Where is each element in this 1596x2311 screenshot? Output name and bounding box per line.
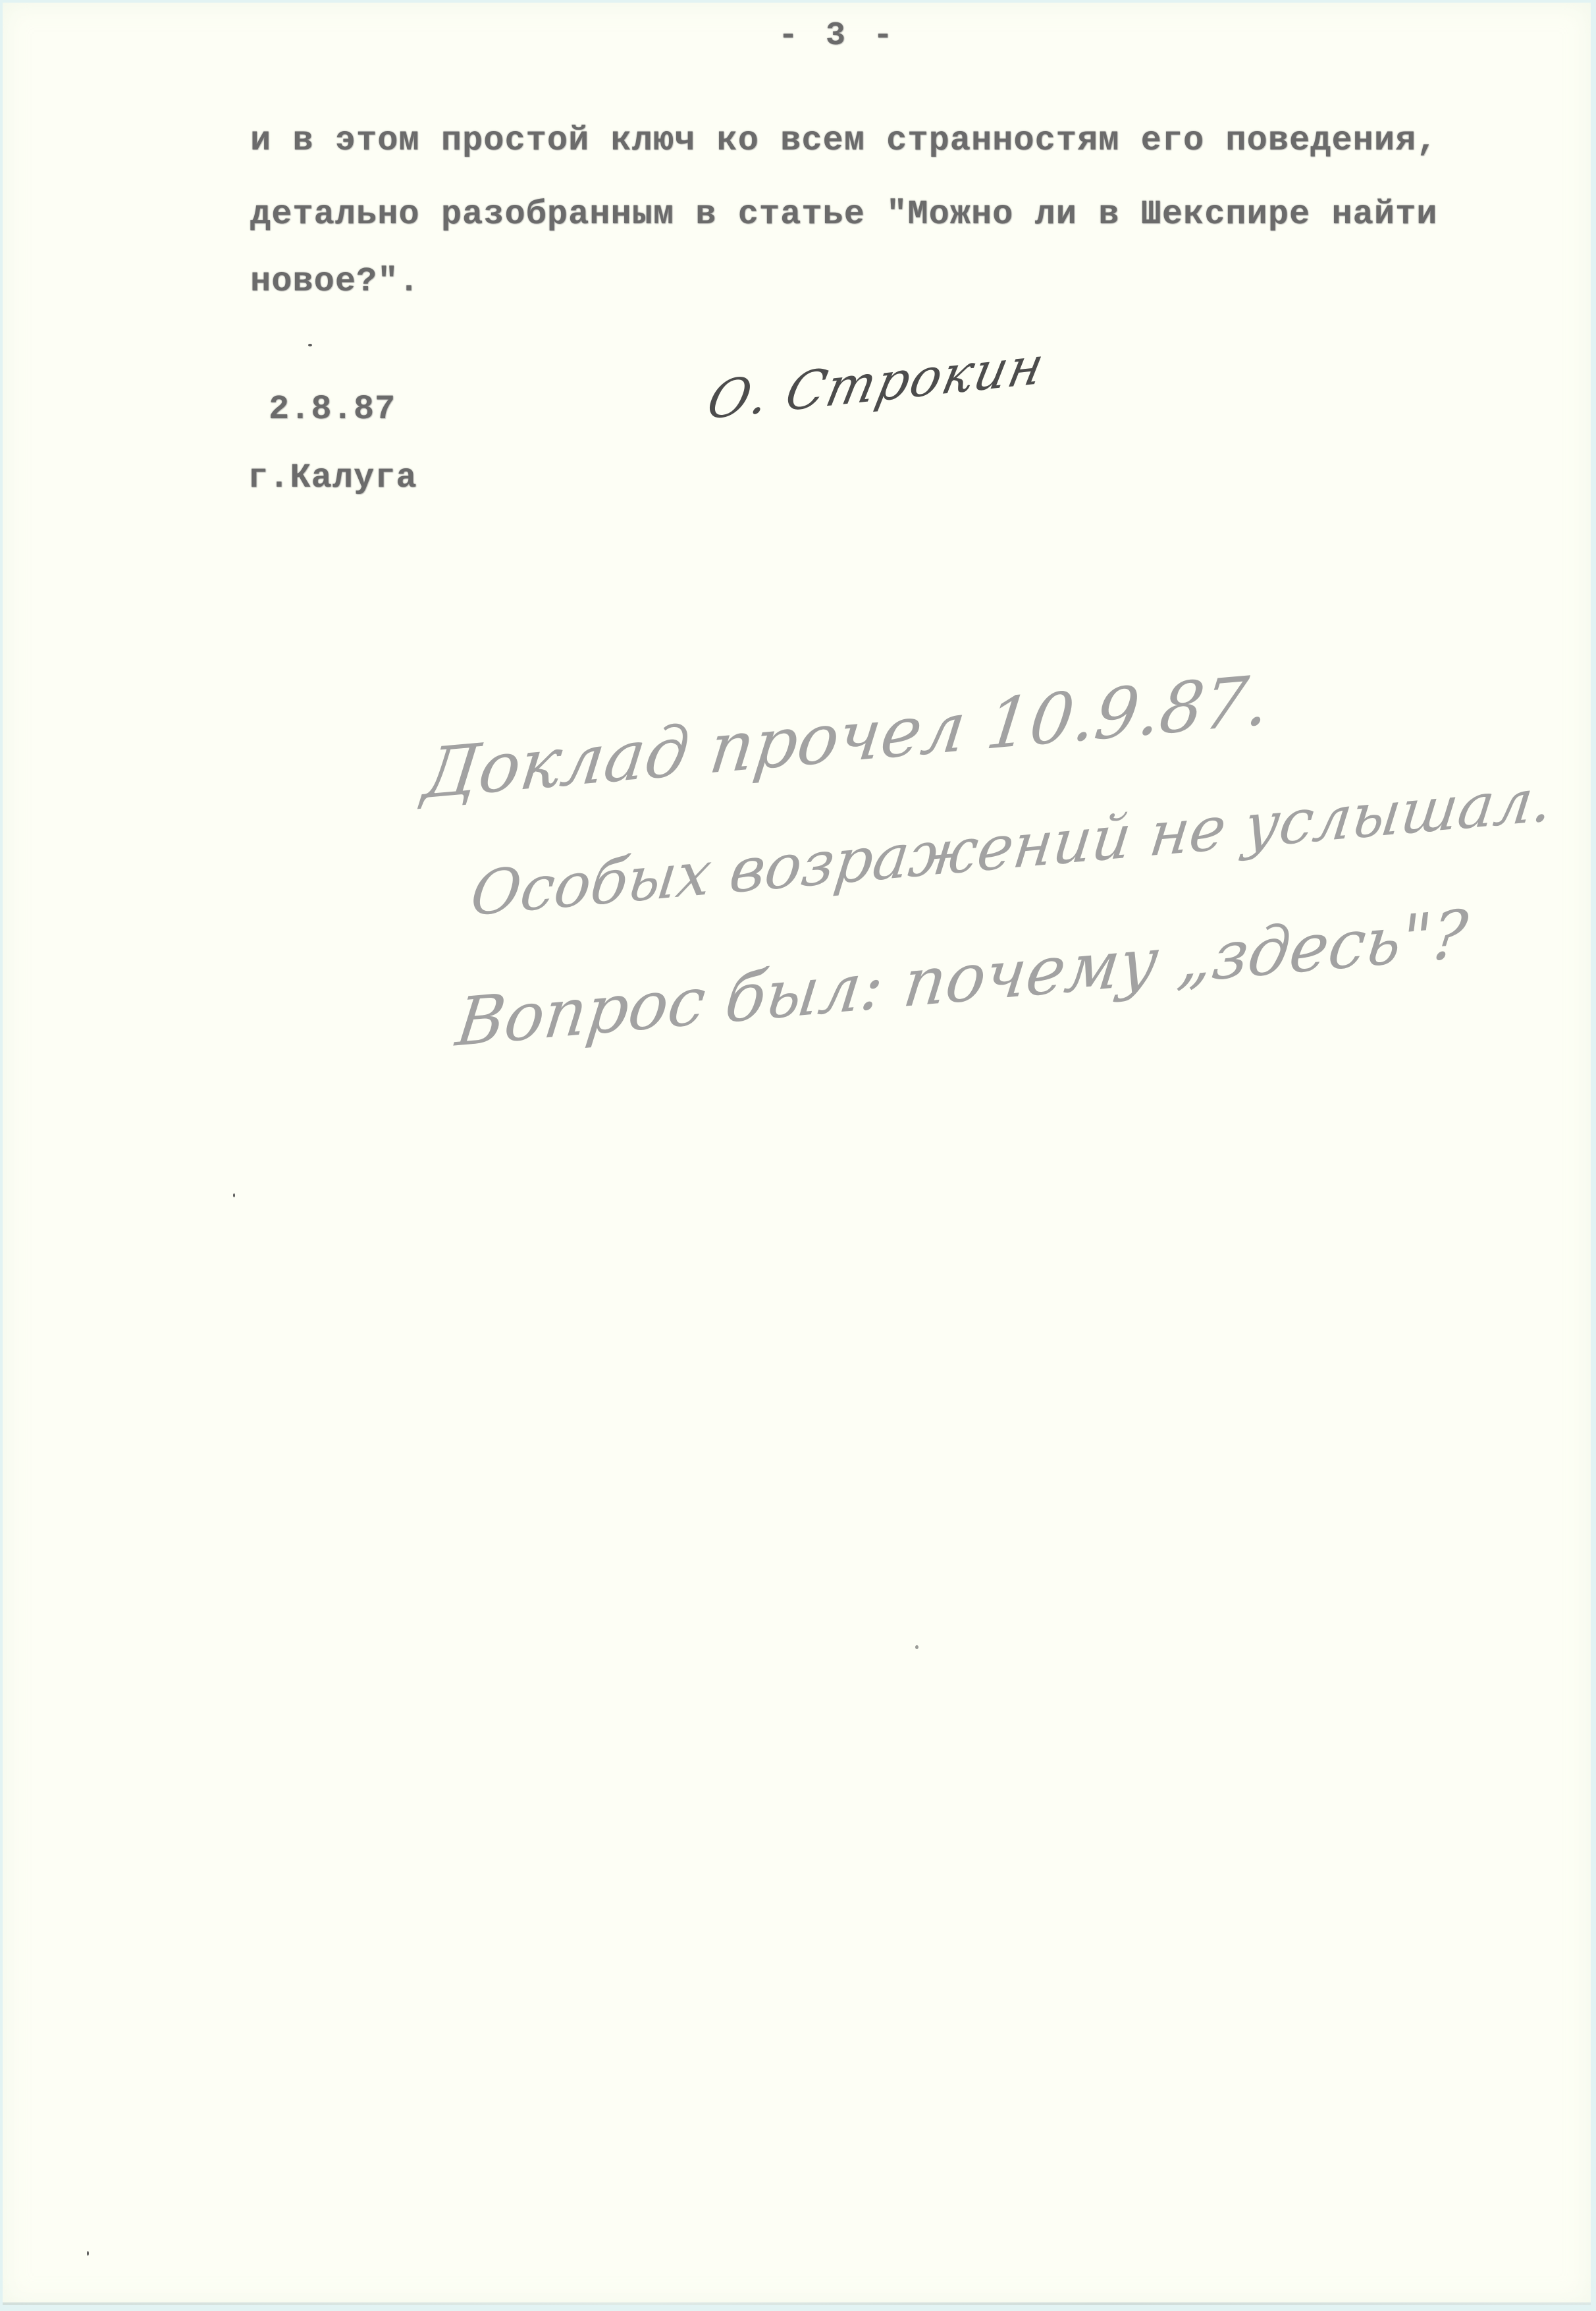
body-text-line-1: и в этом простой ключ ко всем странностя… [250,121,1437,160]
scan-speck [233,1193,235,1197]
signature: О. Строкин [702,335,1050,431]
document-city: г.Калуга [248,458,417,497]
handwritten-note-line-3: Вопрос был: почему „здесь"? [452,895,1472,1062]
page-number: - 3 - [778,17,897,55]
scan-speck [87,2251,89,2256]
scan-speck [915,1645,918,1649]
handwritten-note-line-1: Доклад прочел 10.9.87. [419,659,1273,815]
document-date: 2.8.87 [269,390,396,429]
scan-edge [3,2302,1591,2305]
body-text-line-3: новое?". [250,262,420,301]
scan-speck [308,344,312,346]
document-page: - 3 - и в этом простой ключ ко всем стра… [3,3,1591,2305]
body-text-line-2: детально разобранным в статье "Можно ли … [250,195,1437,234]
